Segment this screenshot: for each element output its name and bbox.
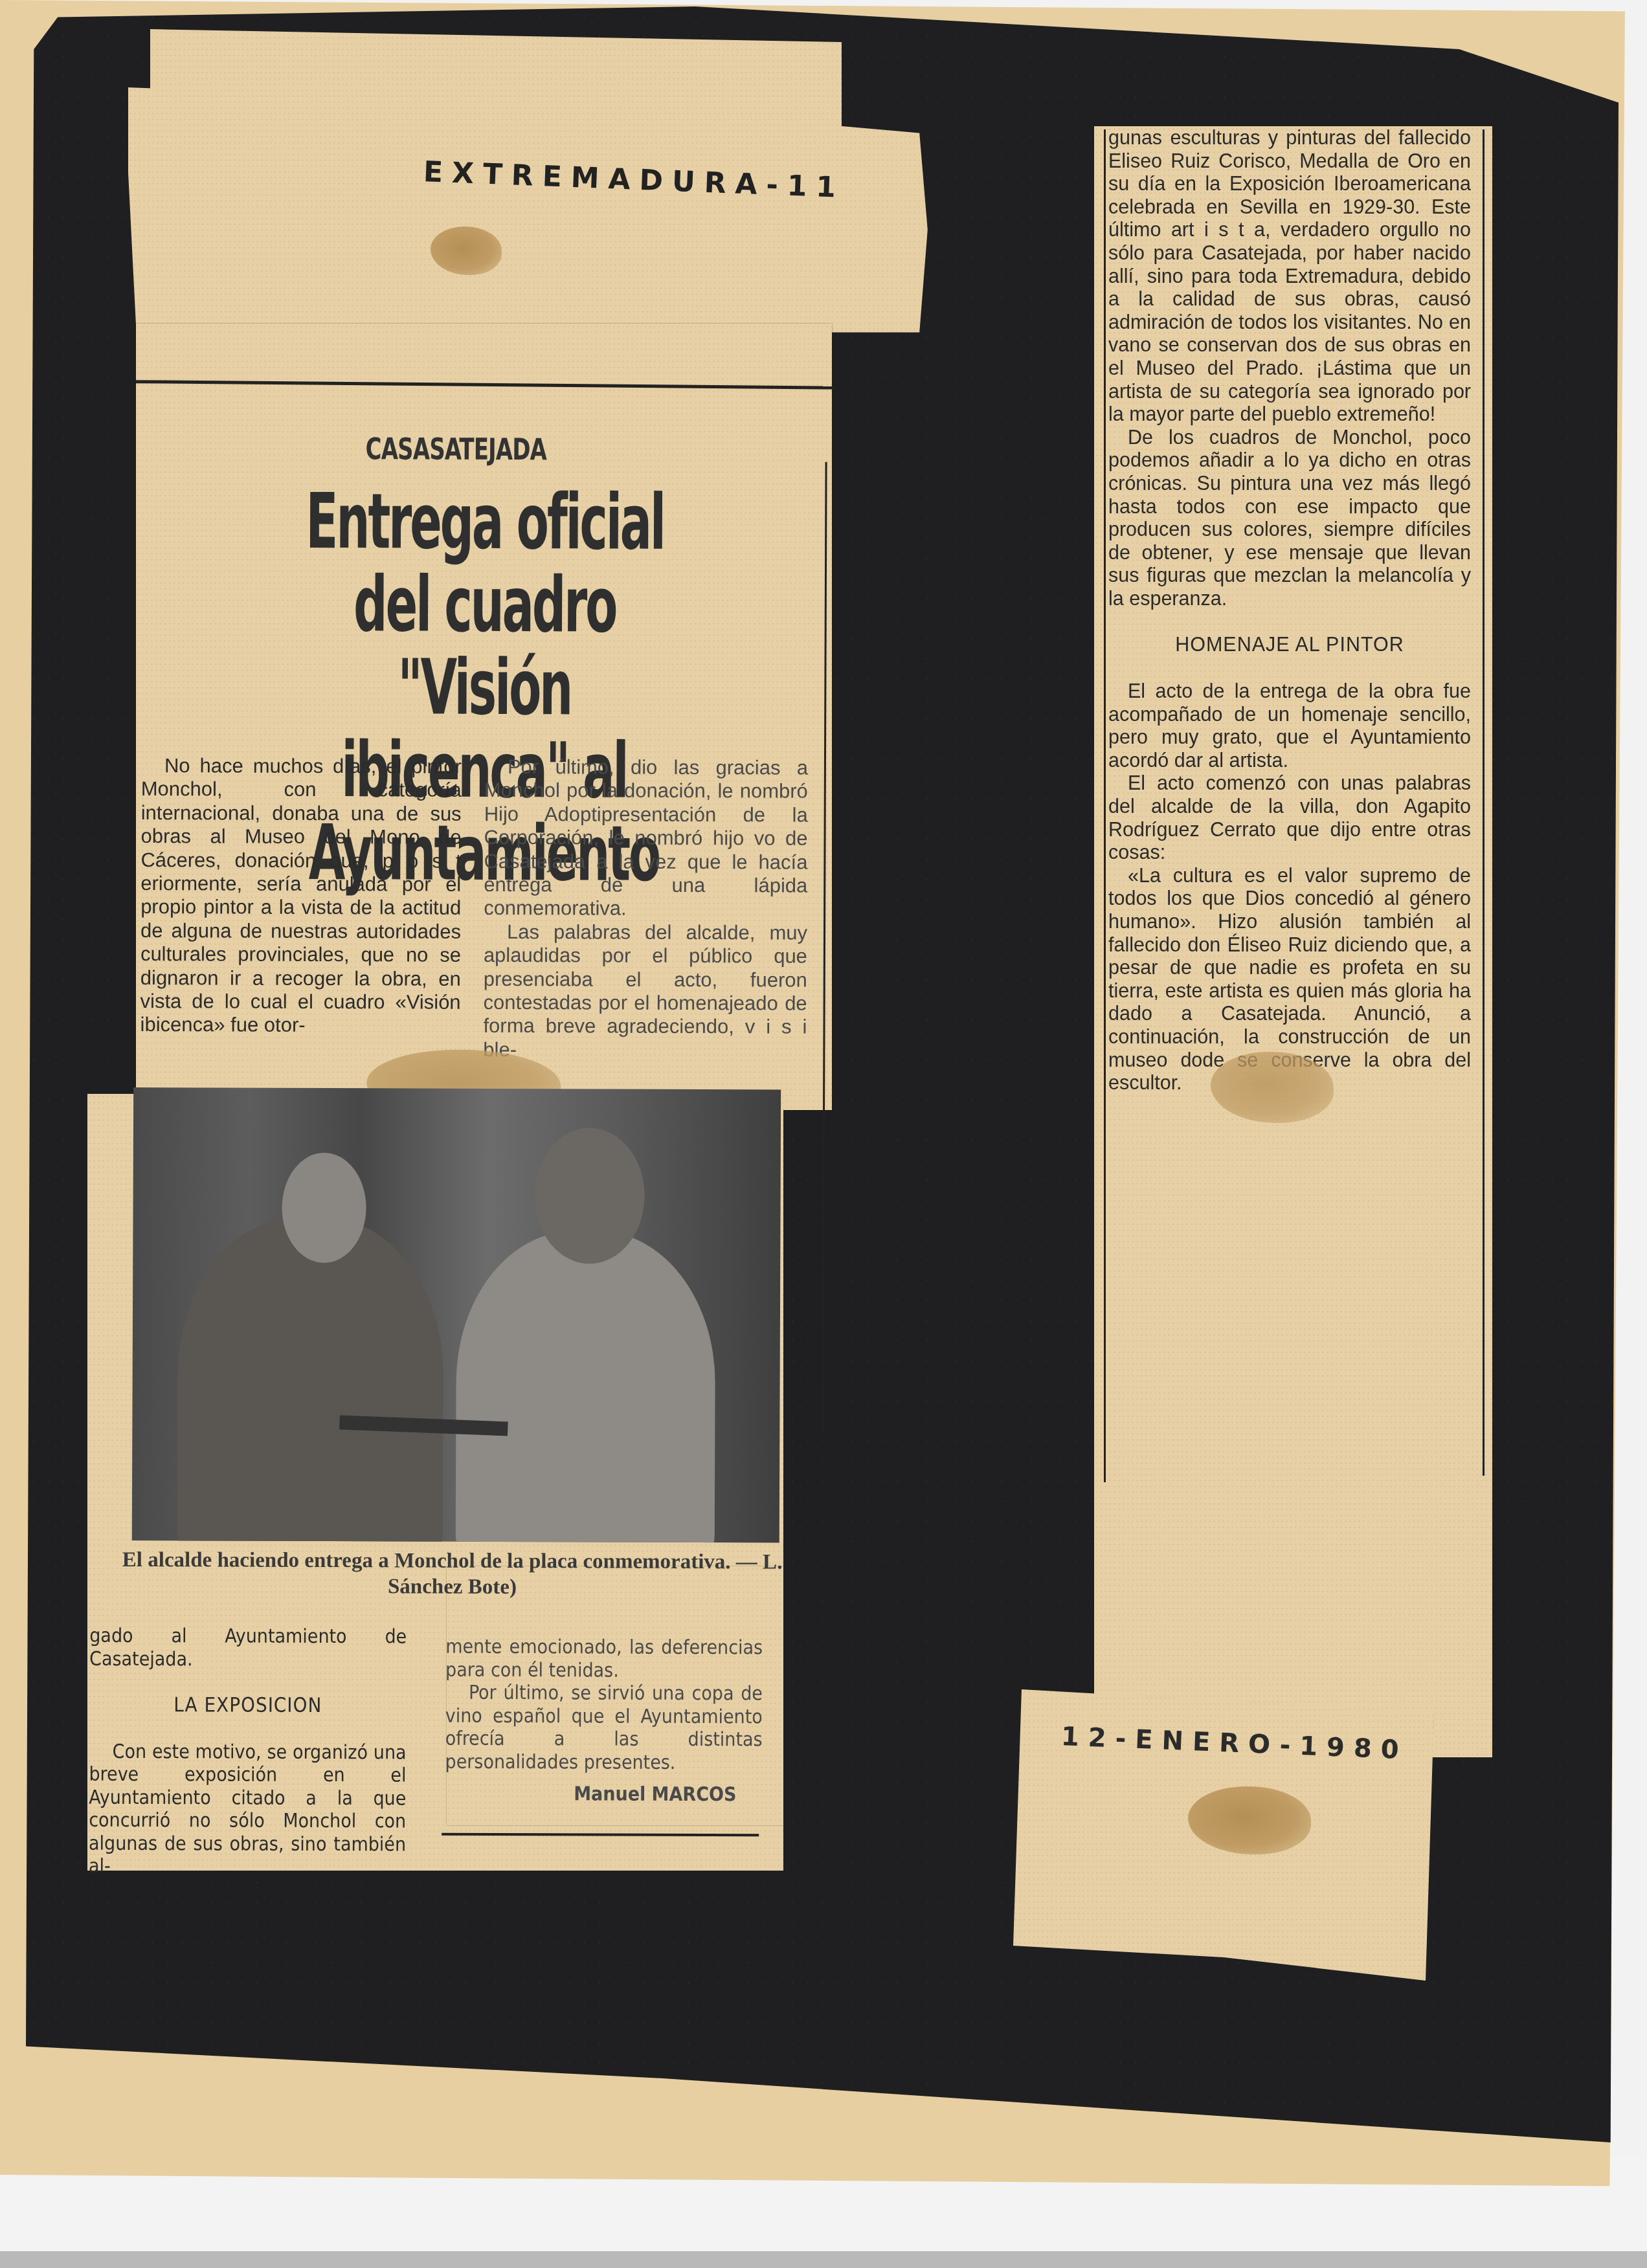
photo-head-mayor [282, 1153, 366, 1263]
column-left-bottom: gado al Ayuntamiento de Casatejada. LA E… [89, 1625, 407, 1879]
paragraph: Con este motivo, se organizó una breve e… [89, 1740, 407, 1879]
column-right-bottom: mente emocionado, las deferencias para c… [445, 1636, 763, 1807]
paragraph: De los cuadros de Monchol, poco podemos … [1108, 427, 1471, 611]
photo-caption: El alcalde haciendo entrega a Monchol de… [112, 1547, 792, 1601]
article-photo [132, 1087, 781, 1542]
continuation-left-rule [1104, 129, 1106, 1482]
continuation-right-rule [1483, 129, 1485, 1476]
paragraph: El acto comenzó con unas palabras del al… [1108, 772, 1471, 864]
paragraph-continuation: mente emocionado, las deferencias para c… [445, 1636, 763, 1683]
headline-line-1: Entrega oficial del cuadro [284, 480, 686, 647]
photo-figure-painter [456, 1231, 716, 1543]
scanner-edge [0, 2251, 1647, 2268]
subhead-exposicion: LA EXPOSICION [89, 1694, 407, 1718]
paragraph: Las palabras del alcalde, muy aplaudidas… [483, 920, 807, 1063]
photo-figure-mayor [177, 1217, 444, 1542]
continuation-column: gunas esculturas y pinturas del fallecid… [1108, 127, 1471, 1095]
paragraph: Por último, dio las gracias a Monchol po… [484, 755, 808, 922]
paragraph: No hace muchos días, el pintor Monchol, … [140, 754, 462, 1038]
location-tag: CASASATEJADA [366, 431, 547, 467]
paragraph: Por último, se sirvió una copa de vino e… [445, 1682, 762, 1775]
column-left-top: No hace muchos días, el pintor Monchol, … [140, 754, 462, 1038]
column-right-top: Por último, dio las gracias a Monchol po… [483, 755, 808, 1063]
photo-head-painter [534, 1128, 645, 1264]
paragraph: El acto de la entrega de la obra fue aco… [1108, 680, 1471, 772]
bottom-rule [442, 1833, 759, 1837]
article: CASASATEJADA Entrega oficial del cuadro … [131, 382, 829, 1873]
byline: Manuel MARCOS [445, 1783, 762, 1807]
subhead-homenaje: HOMENAJE AL PINTOR [1108, 634, 1471, 657]
paragraph-continuation: gunas esculturas y pinturas del fallecid… [1108, 127, 1471, 427]
paragraph-continuation: gado al Ayuntamiento de Casatejada. [89, 1625, 407, 1672]
